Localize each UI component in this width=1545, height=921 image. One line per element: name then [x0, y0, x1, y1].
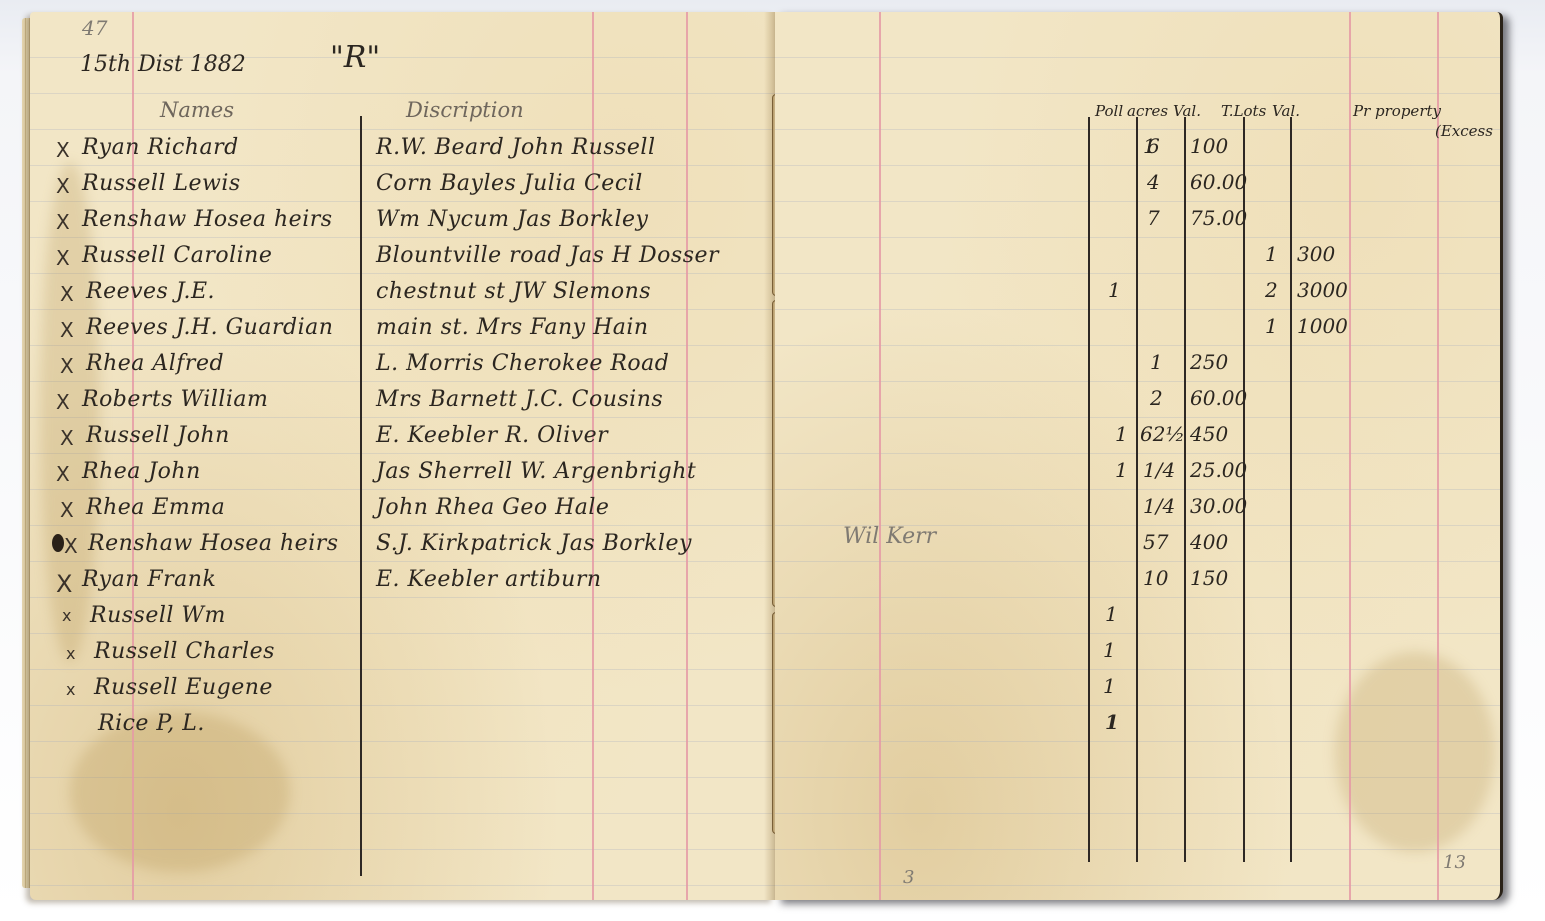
- taxpayer-name: Rhea John: [82, 459, 201, 484]
- land-value: 450: [1190, 422, 1228, 446]
- val-header: Val.: [1173, 102, 1201, 120]
- property-description: main st. Mrs Fany Hain: [376, 315, 649, 340]
- taxpayer-name: Rhea Alfred: [86, 351, 224, 376]
- excess-header: (Excess: [1435, 122, 1493, 140]
- taxpayer-name: Rice P, L.: [98, 711, 205, 736]
- taxpayer-name: Russell Wm: [90, 603, 226, 628]
- section-letter: "R": [330, 40, 380, 75]
- margin-line: [879, 12, 881, 900]
- property-description: R.W. Beard John Russell: [376, 135, 656, 160]
- x-mark-icon: x: [62, 606, 71, 625]
- acres-value: 2: [1150, 386, 1163, 410]
- poll-header: Poll: [1095, 102, 1123, 120]
- poll-value: 1: [1115, 422, 1128, 446]
- poll-value: 1: [1103, 674, 1116, 698]
- x-mark-icon: x: [66, 680, 75, 699]
- property-description: E. Keebler artiburn: [376, 567, 602, 592]
- x-mark-icon: X: [60, 282, 74, 306]
- margin-line: [1437, 12, 1439, 900]
- taxpayer-name: Russell Eugene: [94, 675, 273, 700]
- acres-value: 1: [1150, 350, 1163, 374]
- taxpayer-name: Ryan Frank: [82, 567, 216, 592]
- column-divider-lots-val: [1290, 117, 1292, 862]
- land-value: 150: [1190, 566, 1228, 590]
- acres-value: 57: [1143, 530, 1168, 554]
- poll-value: 1: [1103, 638, 1116, 662]
- acres-value: 10: [1143, 566, 1168, 590]
- land-value: 60.00: [1190, 386, 1247, 410]
- taxpayer-name: Renshaw Hosea heirs: [88, 531, 339, 556]
- property-description: chestnut st JW Slemons: [376, 279, 651, 304]
- acres-value: 6: [1147, 134, 1160, 158]
- x-mark-icon: X: [56, 210, 70, 234]
- ink-blot: [52, 534, 64, 552]
- x-mark-icon: X: [60, 426, 74, 450]
- column-divider: [360, 116, 362, 876]
- x-mark-icon: X: [60, 318, 74, 342]
- stain: [1335, 652, 1495, 852]
- poll-value: 1: [1105, 602, 1118, 626]
- x-mark-icon: X: [56, 570, 72, 598]
- x-mark-icon: X: [56, 174, 70, 198]
- property-description: S.J. Kirkpatrick Jas Borkley: [376, 531, 692, 556]
- personal-property-header: Pr property: [1353, 102, 1441, 120]
- taxpayer-name: Russell Lewis: [82, 171, 241, 196]
- poll-value: 1: [1115, 458, 1128, 482]
- land-value: 75.00: [1190, 206, 1247, 230]
- taxpayer-name: Ryan Richard: [82, 135, 239, 160]
- lots-value: 300: [1297, 242, 1335, 266]
- page-number-left: 3: [903, 867, 914, 888]
- land-value: 250: [1190, 350, 1228, 374]
- land-value: 30.00: [1190, 494, 1247, 518]
- corner-note: 47: [82, 16, 107, 40]
- description-header: Discription: [406, 98, 524, 122]
- poll-value: 1: [1108, 278, 1121, 302]
- x-mark-icon: X: [56, 138, 70, 162]
- x-mark-icon: X: [56, 462, 70, 486]
- land-value: 100: [1190, 134, 1228, 158]
- acres-value: 62½: [1140, 422, 1185, 446]
- taxpayer-name: Russell Caroline: [82, 243, 272, 268]
- taxpayer-name: Russell Charles: [94, 639, 275, 664]
- land-value: 25.00: [1190, 458, 1247, 482]
- names-header: Names: [160, 98, 234, 122]
- town-lots-header: T.Lots: [1221, 102, 1266, 120]
- lots-value: 3000: [1297, 278, 1348, 302]
- poll-value: 1: [1105, 710, 1119, 734]
- taxpayer-name: Russell John: [86, 423, 230, 448]
- acres-value: 1/4: [1143, 458, 1175, 482]
- property-description: Wm Nycum Jas Borkley: [376, 207, 648, 232]
- property-description: Corn Bayles Julia Cecil: [376, 171, 643, 196]
- taxpayer-name: Reeves J.H. Guardian: [86, 315, 333, 340]
- property-description: John Rhea Geo Hale: [376, 495, 609, 520]
- x-mark-icon: X: [56, 246, 70, 270]
- x-mark-icon: X: [64, 534, 78, 558]
- taxpayer-name: Rhea Emma: [86, 495, 225, 520]
- land-value: 60.00: [1190, 170, 1247, 194]
- acres-value: 1/4: [1143, 494, 1175, 518]
- lots-val-header: Val.: [1272, 102, 1300, 120]
- x-mark-icon: X: [56, 390, 70, 414]
- taxpayer-name: Roberts William: [82, 387, 268, 412]
- column-divider-val: [1184, 117, 1186, 862]
- column-divider-acres: [1136, 117, 1138, 862]
- open-ledger-book: 47 15th Dist 1882 "R" Names Discription …: [22, 12, 1510, 900]
- lots-count: 1: [1265, 242, 1278, 266]
- acres-value: 7: [1147, 206, 1160, 230]
- district-heading: 15th Dist 1882: [80, 52, 246, 77]
- property-description: Jas Sherrell W. Argenbright: [376, 459, 696, 484]
- lots-count: 2: [1265, 278, 1278, 302]
- margin-line: [686, 12, 688, 900]
- column-divider-poll: [1088, 117, 1090, 862]
- property-description: Blountville road Jas H Dosser: [376, 243, 719, 268]
- acres-header: acres: [1127, 102, 1168, 120]
- left-page: 47 15th Dist 1882 "R" Names Discription …: [30, 12, 775, 900]
- property-description: Mrs Barnett J.C. Cousins: [376, 387, 663, 412]
- pencil-note: Wil Kerr: [843, 524, 936, 549]
- page-number-right: 13: [1443, 852, 1466, 873]
- lots-count: 1: [1265, 314, 1278, 338]
- land-value: 400: [1190, 530, 1228, 554]
- x-mark-icon: X: [60, 354, 74, 378]
- property-description: E. Keebler R. Oliver: [376, 423, 608, 448]
- margin-line: [1349, 12, 1351, 900]
- property-description: L. Morris Cherokee Road: [376, 351, 669, 376]
- right-page: Poll acres Val. T.Lots Val. Pr property …: [775, 12, 1503, 900]
- taxpayer-name: Renshaw Hosea heirs: [82, 207, 333, 232]
- stain: [70, 712, 290, 872]
- x-mark-icon: X: [60, 498, 74, 522]
- lots-value: 1000: [1297, 314, 1348, 338]
- acres-value: 4: [1147, 170, 1160, 194]
- taxpayer-name: Reeves J.E.: [86, 279, 215, 304]
- x-mark-icon: x: [66, 644, 75, 663]
